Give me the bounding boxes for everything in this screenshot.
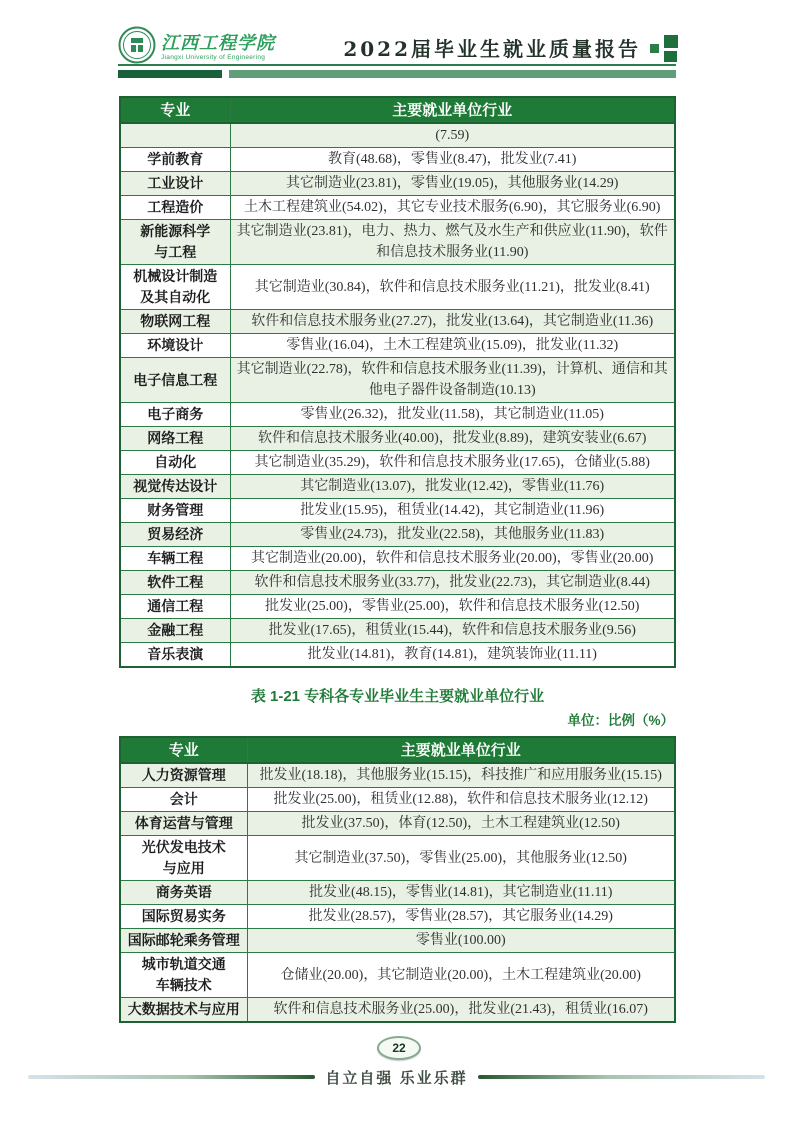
- table-row: 大数据技术与应用软件和信息技术服务业(25.00)，批发业(21.43)，租赁业…: [120, 998, 675, 1023]
- table-row: 电子商务零售业(26.32)，批发业(11.58)，其它制造业(11.05): [120, 403, 675, 427]
- column-header-industries: 主要就业单位行业: [247, 737, 675, 763]
- major-cell: 城市轨道交通 车辆技术: [120, 953, 247, 998]
- table-row: 贸易经济零售业(24.73)，批发业(22.58)，其他服务业(11.83): [120, 523, 675, 547]
- unit-label: 单位：比例（%）: [119, 709, 674, 729]
- industries-cell: 其它制造业(23.81)，零售业(19.05)，其他服务业(14.29): [230, 172, 675, 196]
- table-header-row: 专业主要就业单位行业: [120, 97, 675, 123]
- table-row: 机械设计制造 及其自动化其它制造业(30.84)，软件和信息技术服务业(11.2…: [120, 265, 675, 310]
- industries-cell: 零售业(24.73)，批发业(22.58)，其他服务业(11.83): [230, 523, 675, 547]
- report-page: 江西工程学院 Jiangxi University of Engineering…: [0, 0, 793, 1122]
- table-row: 车辆工程其它制造业(20.00)，软件和信息技术服务业(20.00)，零售业(2…: [120, 547, 675, 571]
- header-bar-dark: [118, 70, 222, 78]
- industries-cell: 批发业(25.00)，零售业(25.00)，软件和信息技术服务业(12.50): [230, 595, 675, 619]
- major-cell: 商务英语: [120, 881, 247, 905]
- table-row: 自动化其它制造业(35.29)，软件和信息技术服务业(17.65)，仓储业(5.…: [120, 451, 675, 475]
- table-header-row: 专业主要就业单位行业: [120, 737, 675, 763]
- major-cell: 国际贸易实务: [120, 905, 247, 929]
- industries-cell: 批发业(48.15)，零售业(14.81)，其它制造业(11.11): [247, 881, 675, 905]
- major-cell: 环境设计: [120, 334, 230, 358]
- page-content: 专业主要就业单位行业(7.59)学前教育教育(48.68)，零售业(8.47)，…: [119, 96, 676, 1023]
- industries-cell: 软件和信息技术服务业(25.00)，批发业(21.43)，租赁业(16.07): [247, 998, 675, 1023]
- major-cell: 大数据技术与应用: [120, 998, 247, 1023]
- industries-cell: 其它制造业(35.29)，软件和信息技术服务业(17.65)，仓储业(5.88): [230, 451, 675, 475]
- column-header-industries: 主要就业单位行业: [230, 97, 675, 123]
- column-header-major: 专业: [120, 97, 230, 123]
- industries-cell: 零售业(26.32)，批发业(11.58)，其它制造业(11.05): [230, 403, 675, 427]
- square-big: [664, 35, 678, 48]
- report-title: 2022届毕业生就业质量报告: [343, 33, 641, 62]
- industries-cell: 其它制造业(23.81)，电力、热力、燃气及水生产和供应业(11.90)，软件和…: [230, 220, 675, 265]
- industries-cell: 批发业(25.00)，租赁业(12.88)，软件和信息技术服务业(12.12): [247, 788, 675, 812]
- table-row: 国际邮轮乘务管理零售业(100.00): [120, 929, 675, 953]
- table-row: 财务管理批发业(15.95)，租赁业(14.42)，其它制造业(11.96): [120, 499, 675, 523]
- major-cell: 自动化: [120, 451, 230, 475]
- major-cell: 人力资源管理: [120, 763, 247, 788]
- major-cell: 物联网工程: [120, 310, 230, 334]
- table-row: 人力资源管理批发业(18.18)，其他服务业(15.15)，科技推广和应用服务业…: [120, 763, 675, 788]
- table-undergrad-employment-industries: 专业主要就业单位行业(7.59)学前教育教育(48.68)，零售业(8.47)，…: [119, 96, 676, 668]
- column-header-major: 专业: [120, 737, 247, 763]
- table-row: 软件工程软件和信息技术服务业(33.77)，批发业(22.73)，其它制造业(8…: [120, 571, 675, 595]
- industries-cell: 仓储业(20.00)，其它制造业(20.00)，土木工程建筑业(20.00): [247, 953, 675, 998]
- major-cell: 光伏发电技术 与应用: [120, 836, 247, 881]
- table-row: 金融工程批发业(17.65)，租赁业(15.44)，软件和信息技术服务业(9.5…: [120, 619, 675, 643]
- industries-cell: 批发业(18.18)，其他服务业(15.15)，科技推广和应用服务业(15.15…: [247, 763, 675, 788]
- industries-cell: 其它制造业(13.07)，批发业(12.42)，零售业(11.76): [230, 475, 675, 499]
- major-cell: 学前教育: [120, 148, 230, 172]
- major-cell: 金融工程: [120, 619, 230, 643]
- footer-motto-row: 自立自强 乐业乐群: [28, 1066, 765, 1088]
- table-row: 视觉传达设计其它制造业(13.07)，批发业(12.42)，零售业(11.76): [120, 475, 675, 499]
- table-row: 体育运营与管理批发业(37.50)，体育(12.50)，土木工程建筑业(12.5…: [120, 812, 675, 836]
- industries-cell: 批发业(28.57)，零售业(28.57)，其它服务业(14.29): [247, 905, 675, 929]
- footer-line-left: [28, 1075, 315, 1079]
- major-cell: 机械设计制造 及其自动化: [120, 265, 230, 310]
- major-cell: 音乐表演: [120, 643, 230, 668]
- major-cell: 车辆工程: [120, 547, 230, 571]
- page-number-badge: 22: [377, 1036, 421, 1060]
- major-cell: 工程造价: [120, 196, 230, 220]
- major-cell: 视觉传达设计: [120, 475, 230, 499]
- table-row: 工业设计其它制造业(23.81)，零售业(19.05)，其他服务业(14.29): [120, 172, 675, 196]
- table-row: 通信工程批发业(25.00)，零售业(25.00)，软件和信息技术服务业(12.…: [120, 595, 675, 619]
- decorative-squares-icon: [648, 33, 678, 65]
- university-emblem-icon: [118, 26, 156, 69]
- square-small: [650, 44, 659, 53]
- industries-cell: 教育(48.68)，零售业(8.47)，批发业(7.41): [230, 148, 675, 172]
- industries-cell: 批发业(14.81)，教育(14.81)，建筑装饰业(11.11): [230, 643, 675, 668]
- table-row: 工程造价土木工程建筑业(54.02)，其它专业技术服务(6.90)，其它服务业(…: [120, 196, 675, 220]
- industries-cell: 软件和信息技术服务业(27.27)，批发业(13.64)，其它制造业(11.36…: [230, 310, 675, 334]
- major-cell: 新能源科学 与工程: [120, 220, 230, 265]
- industries-cell: 其它制造业(20.00)，软件和信息技术服务业(20.00)，零售业(20.00…: [230, 547, 675, 571]
- major-cell: [120, 123, 230, 148]
- industries-cell: 零售业(16.04)，土木工程建筑业(15.09)，批发业(11.32): [230, 334, 675, 358]
- industries-cell: 批发业(17.65)，租赁业(15.44)，软件和信息技术服务业(9.56): [230, 619, 675, 643]
- major-cell: 电子商务: [120, 403, 230, 427]
- university-logo: 江西工程学院 Jiangxi University of Engineering: [118, 26, 275, 69]
- industries-cell: 软件和信息技术服务业(33.77)，批发业(22.73)，其它制造业(8.44): [230, 571, 675, 595]
- table-row: 城市轨道交通 车辆技术仓储业(20.00)，其它制造业(20.00)，土木工程建…: [120, 953, 675, 998]
- major-cell: 会计: [120, 788, 247, 812]
- major-cell: 体育运营与管理: [120, 812, 247, 836]
- table-caption: 表 1-21 专科各专业毕业生主要就业单位行业: [119, 685, 676, 706]
- footer-motto: 自立自强 乐业乐群: [325, 1067, 467, 1088]
- table-row: 物联网工程软件和信息技术服务业(27.27)，批发业(13.64)，其它制造业(…: [120, 310, 675, 334]
- university-name-cn: 江西工程学院: [161, 34, 275, 54]
- table-row: 会计批发业(25.00)，租赁业(12.88)，软件和信息技术服务业(12.12…: [120, 788, 675, 812]
- table-row: 网络工程软件和信息技术服务业(40.00)，批发业(8.89)，建筑安装业(6.…: [120, 427, 675, 451]
- industries-cell: 其它制造业(37.50)，零售业(25.00)，其他服务业(12.50): [247, 836, 675, 881]
- major-cell: 贸易经济: [120, 523, 230, 547]
- industries-cell: 土木工程建筑业(54.02)，其它专业技术服务(6.90)，其它服务业(6.90…: [230, 196, 675, 220]
- header-rule-line: [118, 64, 676, 66]
- table-college-employment-industries: 专业主要就业单位行业人力资源管理批发业(18.18)，其他服务业(15.15)，…: [119, 736, 676, 1023]
- university-name-en: Jiangxi University of Engineering: [161, 54, 275, 61]
- industries-cell: 批发业(15.95)，租赁业(14.42)，其它制造业(11.96): [230, 499, 675, 523]
- table-row: (7.59): [120, 123, 675, 148]
- table-row: 音乐表演批发业(14.81)，教育(14.81)，建筑装饰业(11.11): [120, 643, 675, 668]
- table-row: 商务英语批发业(48.15)，零售业(14.81)，其它制造业(11.11): [120, 881, 675, 905]
- major-cell: 网络工程: [120, 427, 230, 451]
- major-cell: 工业设计: [120, 172, 230, 196]
- header-bar-light: [229, 70, 676, 78]
- table-row: 光伏发电技术 与应用其它制造业(37.50)，零售业(25.00)，其他服务业(…: [120, 836, 675, 881]
- industries-cell: 其它制造业(30.84)，软件和信息技术服务业(11.21)，批发业(8.41): [230, 265, 675, 310]
- major-cell: 软件工程: [120, 571, 230, 595]
- table-row: 环境设计零售业(16.04)，土木工程建筑业(15.09)，批发业(11.32): [120, 334, 675, 358]
- industries-cell: 软件和信息技术服务业(40.00)，批发业(8.89)，建筑安装业(6.67): [230, 427, 675, 451]
- industries-cell: 其它制造业(22.78)，软件和信息技术服务业(11.39)，计算机、通信和其他…: [230, 358, 675, 403]
- major-cell: 电子信息工程: [120, 358, 230, 403]
- industries-cell: 零售业(100.00): [247, 929, 675, 953]
- square-medium: [664, 51, 677, 62]
- industries-cell: 批发业(37.50)，体育(12.50)，土木工程建筑业(12.50): [247, 812, 675, 836]
- major-cell: 国际邮轮乘务管理: [120, 929, 247, 953]
- table-row: 新能源科学 与工程其它制造业(23.81)，电力、热力、燃气及水生产和供应业(1…: [120, 220, 675, 265]
- table-row: 学前教育教育(48.68)，零售业(8.47)，批发业(7.41): [120, 148, 675, 172]
- major-cell: 通信工程: [120, 595, 230, 619]
- footer-line-right: [478, 1075, 765, 1079]
- major-cell: 财务管理: [120, 499, 230, 523]
- table-row: 国际贸易实务批发业(28.57)，零售业(28.57)，其它服务业(14.29): [120, 905, 675, 929]
- industries-cell: (7.59): [230, 123, 675, 148]
- table-row: 电子信息工程其它制造业(22.78)，软件和信息技术服务业(11.39)，计算机…: [120, 358, 675, 403]
